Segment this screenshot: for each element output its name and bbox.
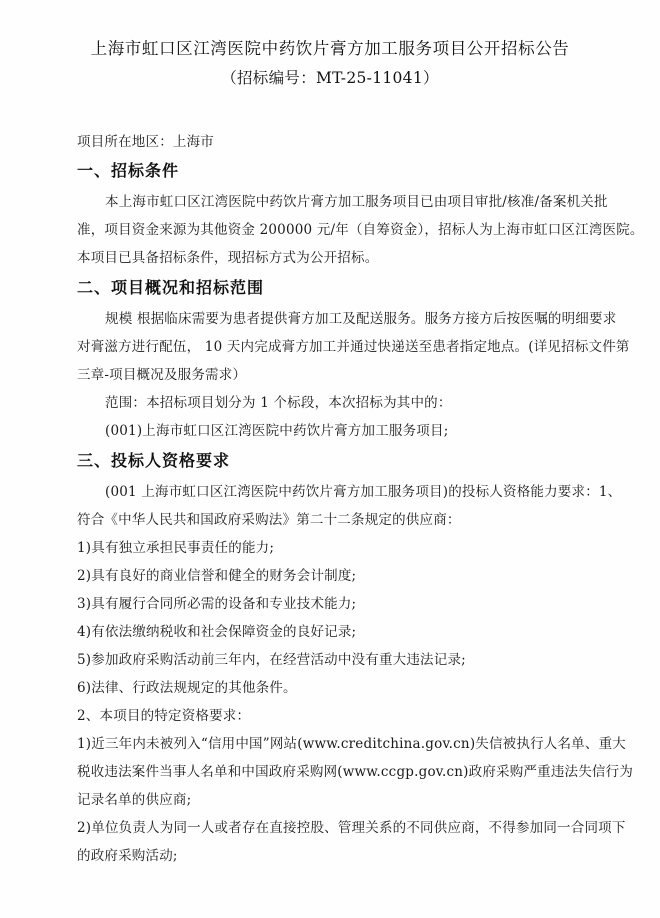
paragraph-line: 本项目已具备招标条件，现招标方式为公开招标。 (77, 249, 587, 267)
list-item: 5)参加政府采购活动前三年内，在经营活动中没有重大违法记录; (77, 651, 587, 669)
paragraph-line: 对膏滋方进行配伍， 10 天内完成膏方加工并通过快递送至患者指定地点。(详见招标… (77, 338, 587, 356)
paragraph-line: 三章-项目概况及服务需求） (77, 366, 587, 384)
list-item: 4)有依法缴纳税收和社会保障资金的良好记录; (77, 623, 587, 641)
paragraph-line: 的政府采购活动; (77, 847, 587, 865)
paragraph-line: 规模 根据临床需要为患者提供膏方加工及配送服务。服务方接方后按医嘱的明细要求 (105, 310, 615, 328)
project-region: 项目所在地区：上海市 (77, 133, 587, 151)
document-page: 上海市虹口区江湾医院中药饮片膏方加工服务项目公开招标公告 （招标编号：MT-25… (0, 0, 660, 918)
list-item: 1)近三年内未被列入“信用中国”网站(www.creditchina.gov.c… (77, 735, 587, 753)
tender-number: （招标编号：MT-25-11041） (0, 67, 660, 89)
paragraph-line: 符合《中华人民共和国政府采购法》第二十二条规定的供应商： (77, 511, 587, 529)
list-item: 2)具有良好的商业信誉和健全的财务会计制度; (77, 567, 587, 585)
list-item: 1)具有独立承担民事责任的能力; (77, 539, 587, 557)
document-title: 上海市虹口区江湾医院中药饮片膏方加工服务项目公开招标公告 (0, 38, 660, 60)
paragraph-line: 准，项目资金来源为其他资金 200000 元/年（自筹资金），招标人为上海市虹口… (77, 221, 587, 239)
section-heading-bidding-conditions: 一、招标条件 (77, 160, 179, 182)
section-heading-project-overview: 二、项目概况和招标范围 (77, 277, 264, 299)
list-item: 6)法律、行政法规规定的其他条件。 (77, 679, 587, 697)
paragraph-line: (001)上海市虹口区江湾医院中药饮片膏方加工服务项目; (105, 422, 615, 440)
paragraph-line: 记录名单的供应商; (77, 791, 587, 809)
list-item: 2)单位负责人为同一人或者存在直接控股、管理关系的不同供应商，不得参加同一合同项… (77, 819, 587, 837)
list-item: 3)具有履行合同所必需的设备和专业技术能力; (77, 595, 587, 613)
section-heading-bidder-qualifications: 三、投标人资格要求 (77, 450, 230, 472)
subsection-label: 2、本项目的特定资格要求： (77, 707, 587, 725)
paragraph-line: 范围：本招标项目划分为 1 个标段，本次招标为其中的： (105, 394, 615, 412)
paragraph-line: (001 上海市虹口区江湾医院中药饮片膏方加工服务项目)的投标人资格能力要求：1… (105, 483, 615, 501)
paragraph-line: 本上海市虹口区江湾医院中药饮片膏方加工服务项目已由项目审批/核准/备案机关批 (105, 193, 615, 211)
paragraph-line: 税收违法案件当事人名单和中国政府采购网(www.ccgp.gov.cn)政府采购… (77, 763, 587, 781)
